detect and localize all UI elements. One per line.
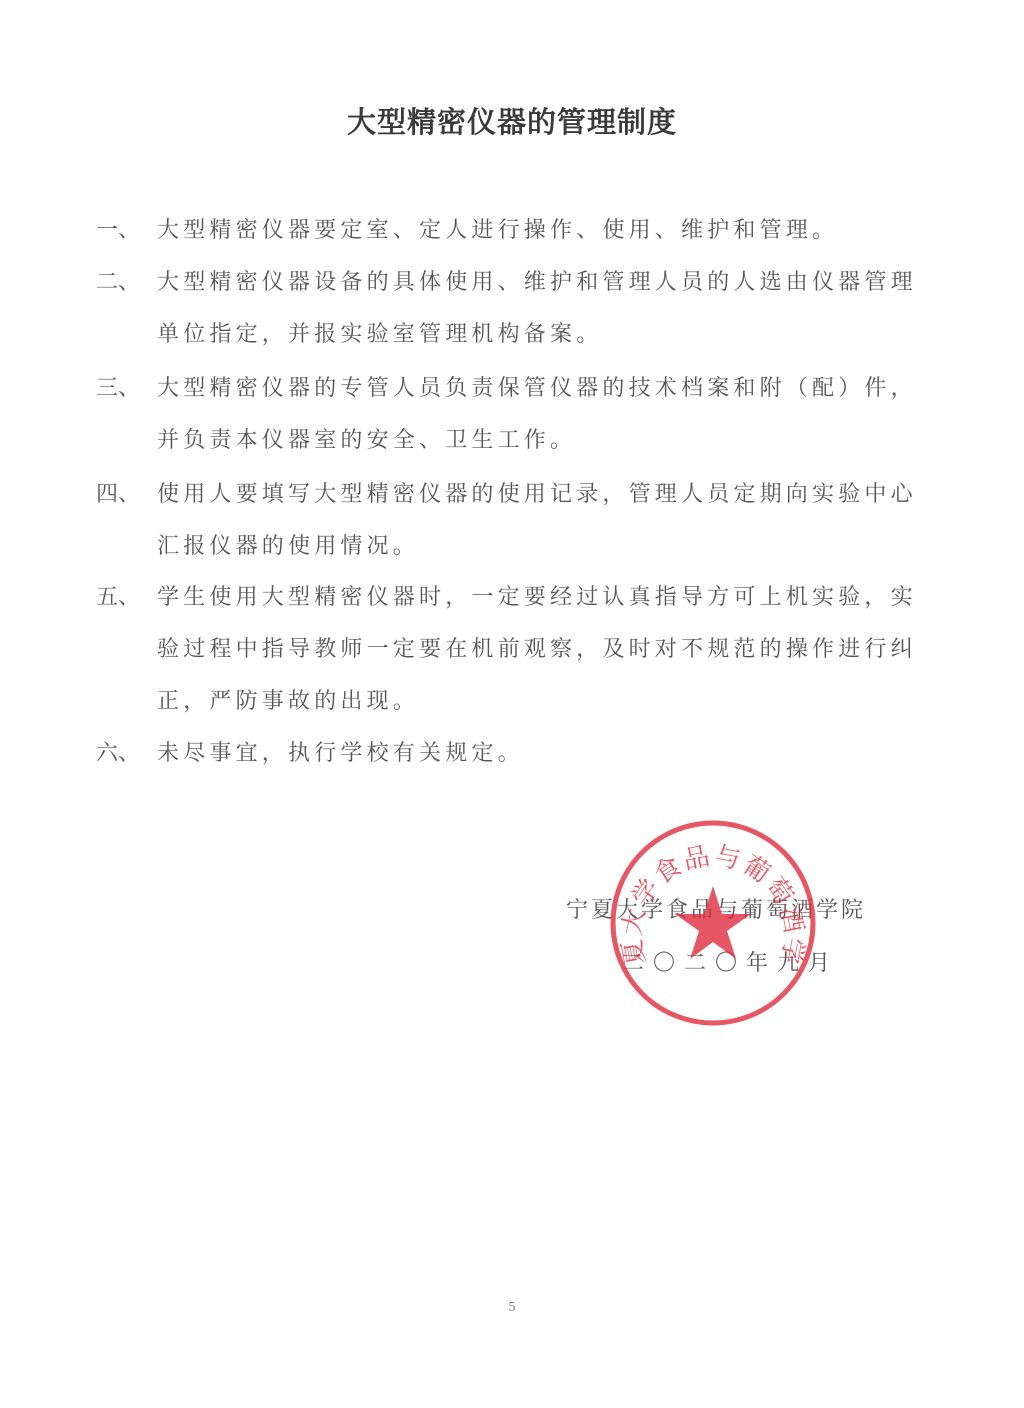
clause-line: 汇报仪器的使用情况。 <box>157 529 419 560</box>
svg-text:宁夏大学食品与葡萄酒学院: 宁夏大学食品与葡萄酒学院 <box>608 818 809 968</box>
clause-line: 大型精密仪器设备的具体使用、维护和管理人员的人选由仪器管理 <box>157 265 917 296</box>
official-seal-icon: 宁夏大学食品与葡萄酒学院 <box>608 818 818 1028</box>
clause-line: 使用人要填写大型精密仪器的使用记录，管理人员定期向实验中心 <box>157 477 917 508</box>
clause-line: 单位指定，并报实验室管理机构备案。 <box>157 317 602 348</box>
clause-number: 六、 <box>96 736 156 767</box>
clause-number: 三、 <box>96 371 156 402</box>
clause-line: 验过程中指导教师一定要在机前观察，及时对不规范的操作进行纠 <box>157 632 917 663</box>
clause-number: 四、 <box>96 477 156 508</box>
star-icon <box>675 886 751 959</box>
document-title: 大型精密仪器的管理制度 <box>0 100 1024 141</box>
clause-number: 五、 <box>96 580 156 611</box>
clause-line: 未尽事宜，执行学校有关规定。 <box>157 736 524 767</box>
document-page: 大型精密仪器的管理制度 一、 大型精密仪器要定室、定人进行操作、使用、维护和管理… <box>0 0 1024 1408</box>
clause-line: 并负责本仪器室的安全、卫生工作。 <box>157 423 576 454</box>
clause-line: 大型精密仪器要定室、定人进行操作、使用、维护和管理。 <box>157 213 838 244</box>
clause-number: 一、 <box>96 213 156 244</box>
clause-line: 大型精密仪器的专管人员负责保管仪器的技术档案和附（配）件， <box>157 371 917 402</box>
page-number: 5 <box>0 1300 1024 1316</box>
clause-line: 学生使用大型精密仪器时，一定要经过认真指导方可上机实验，实 <box>157 580 917 611</box>
clause-number: 二、 <box>96 265 156 296</box>
clause-line: 正，严防事故的出现。 <box>157 684 419 715</box>
seal-text: 宁夏大学食品与葡萄酒学院 <box>608 818 809 968</box>
